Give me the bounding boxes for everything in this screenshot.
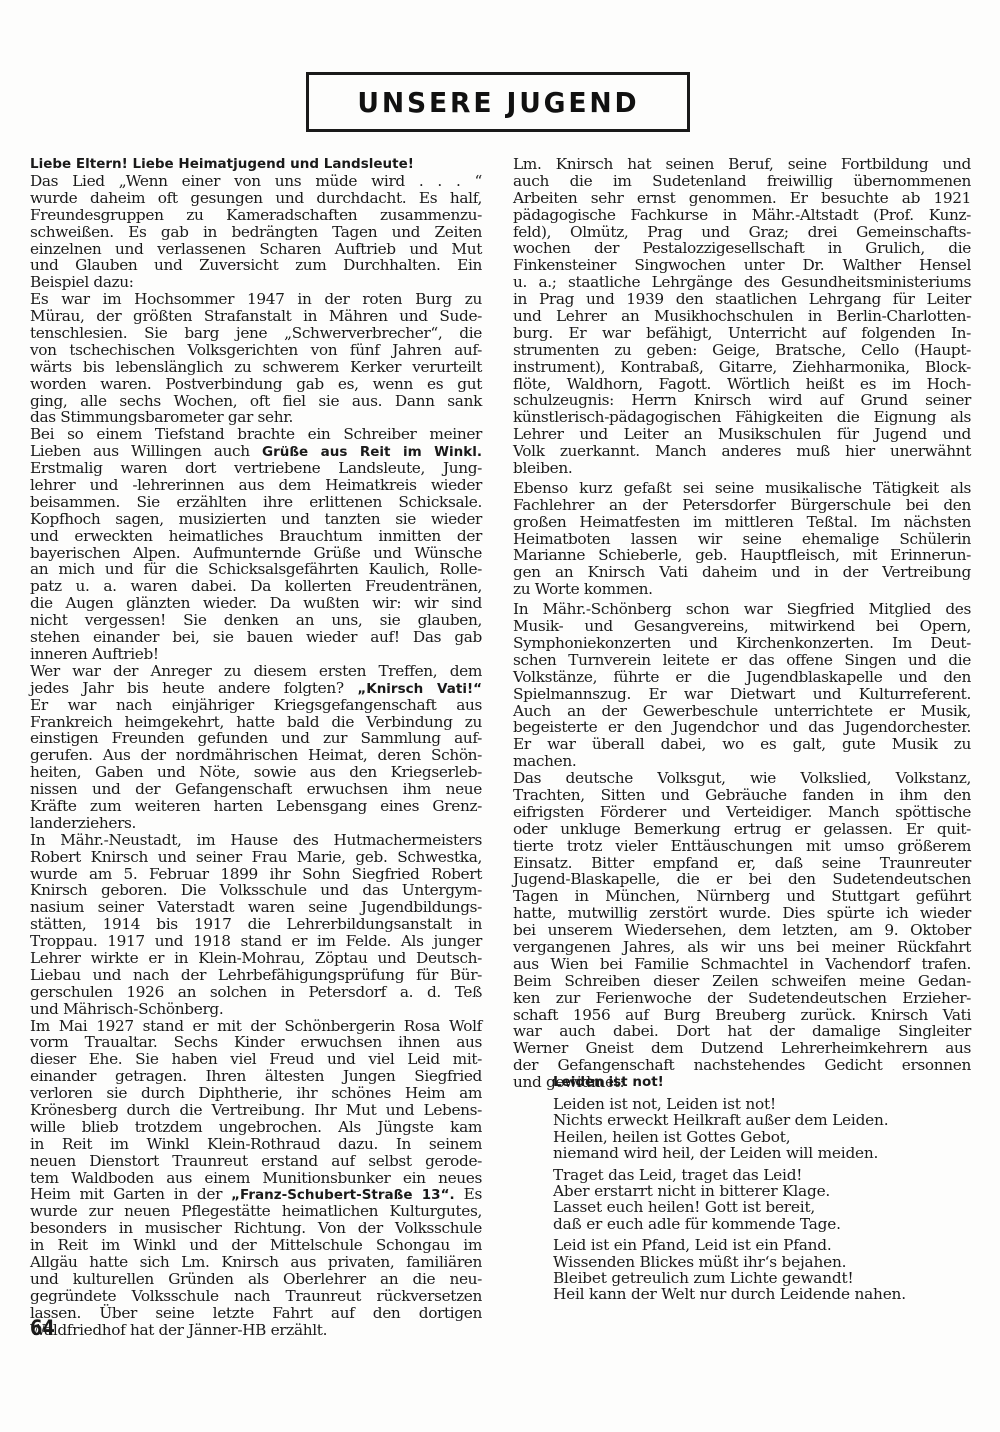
- poem-line: Heilen, heilen ist Gottes Gebot,: [553, 1129, 906, 1145]
- right-column: Lm. Knirsch hat seinen Beruf, seine Fort…: [513, 156, 971, 1091]
- text-line: neuen Dienstort Traunreut erstand auf se…: [30, 1153, 482, 1170]
- text-line: stätten, 1914 bis 1917 die Lehrerbildung…: [30, 916, 482, 933]
- text-line: Arbeiten sehr ernst genommen. Er besucht…: [513, 190, 971, 207]
- poem-line: niemand wird heil, der Leiden will meide…: [553, 1145, 906, 1161]
- text-line: zu Worte kommen.: [513, 581, 971, 598]
- text-line: Freundesgruppen zu Kameradschaften zusam…: [30, 207, 482, 224]
- magazine-page: UNSERE JUGEND Liebe Eltern! Liebe Heimat…: [0, 0, 1000, 1432]
- text-line: künstlerisch-pädagogischen Fähigkeiten d…: [513, 409, 971, 426]
- text-line: einstigen Freunden gefunden und zur Samm…: [30, 730, 482, 747]
- bold-phrase-strasse: „Franz-Schubert-Straße 13“.: [231, 1187, 454, 1203]
- poem-line: Wissenden Blickes müßt ihr‘s bejahen.: [553, 1254, 906, 1270]
- text-line: begeisterte er den Jugendchor und das Ju…: [513, 719, 971, 736]
- poem-line: Aber erstarrt nicht in bitterer Klage.: [553, 1183, 906, 1199]
- text-line: wurde daheim oft gesungen und durchdacht…: [30, 190, 482, 207]
- text-line: Lm. Knirsch hat seinen Beruf, seine Fort…: [513, 156, 971, 173]
- text-line: Das deutsche Volksgut, wie Volkslied, Vo…: [513, 770, 971, 787]
- text-line: wurde zur neuen Pflegestätte heimatliche…: [30, 1203, 482, 1220]
- text-line: Symphoniekonzerten und Kirchenkonzerten.…: [513, 635, 971, 652]
- text-line: in Reit im Winkl und der Mittelschule Sc…: [30, 1237, 482, 1254]
- text-line: Er war nach einjähriger Kriegsgefangensc…: [30, 697, 482, 714]
- text-line: gerschulen 1926 an solchen in Petersdorf…: [30, 984, 482, 1001]
- text-line: nicht vergessen! Sie denken an uns, sie …: [30, 612, 482, 629]
- text-line: Beispiel dazu:: [30, 274, 482, 291]
- text-line: Auch an der Gewerbeschule unterrichtete …: [513, 703, 971, 720]
- poem-line: Traget das Leid, traget das Leid!: [553, 1167, 906, 1183]
- poem-title: Leiden ist not!: [553, 1074, 664, 1090]
- text-line: das Stimmungsbarometer gar sehr.: [30, 409, 482, 426]
- text-line: Wer war der Anreger zu diesem ersten Tre…: [30, 663, 482, 680]
- text-line: Das Lied „Wenn einer von uns müde wird .…: [30, 173, 482, 190]
- poem-stanza: Traget das Leid, traget das Leid! Aber e…: [553, 1167, 906, 1233]
- text-line: gen an Knirsch Vati daheim und in der Ve…: [513, 564, 971, 581]
- text-line: Kräfte zum weiteren harten Lebensgang ei…: [30, 798, 482, 815]
- text-line: tierte trotz vieler Enttäuschungen mit u…: [513, 838, 971, 855]
- text-line: Trachten, Sitten und Gebräuche fanden in…: [513, 787, 971, 804]
- bold-phrase-gruesse: Grüße aus Reit im Winkl.: [262, 444, 482, 460]
- text-line: Lehrer wirkte er in Klein-Mohrau, Zöptau…: [30, 950, 482, 967]
- text-line: und erweckten heimatliches Brauchtum inm…: [30, 528, 482, 545]
- poem-line: Nichts erweckt Heilkraft außer dem Leide…: [553, 1112, 906, 1128]
- poem-line: Lasset euch heilen! Gott ist bereit,: [553, 1199, 906, 1215]
- text-line-with-bold: jedes Jahr bis heute andere folgten? „Kn…: [30, 680, 482, 697]
- text-line: bleiben.: [513, 460, 971, 477]
- text-line: Ebenso kurz gefaßt sei seine musikalisch…: [513, 480, 971, 497]
- text-line: verloren sie durch Diphtherie, ihr schön…: [30, 1085, 482, 1102]
- text-line: wille blieb trotzdem ungebrochen. Als Jü…: [30, 1119, 482, 1136]
- text-line: eifrigsten Förderer und Verteidiger. Man…: [513, 804, 971, 821]
- text-line: Allgäu hatte sich Lm. Knirsch aus privat…: [30, 1254, 482, 1271]
- text-run: Es: [455, 1185, 482, 1203]
- text-line: war auch dabei. Dort hat der damalige Si…: [513, 1023, 971, 1040]
- text-line: Finkensteiner Singwochen unter Dr. Walth…: [513, 257, 971, 274]
- text-line: feld), Olmütz, Prag und Graz; drei Gemei…: [513, 224, 971, 241]
- text-line: wärts bis lebenslänglich zu schwerem Ker…: [30, 359, 482, 376]
- left-column: Liebe Eltern! Liebe Heimatjugend und Lan…: [30, 156, 482, 1338]
- text-line: Volk zuerkannt. Manch anderes muß hier u…: [513, 443, 971, 460]
- text-line: vergangenen Jahres, als wir uns bei mein…: [513, 939, 971, 956]
- text-line: Heimatboten lassen wir seine ehemalige S…: [513, 531, 971, 548]
- text-line: Krönesberg durch die Vertreibung. Ihr Mu…: [30, 1102, 482, 1119]
- text-line: Mürau, der größten Strafanstalt in Mähre…: [30, 308, 482, 325]
- poem-line: Leid ist ein Pfand, Leid ist ein Pfand.: [553, 1237, 906, 1253]
- text-line: Einsatz. Bitter empfand er, daß seine Tr…: [513, 855, 971, 872]
- text-line: schweißen. Es gab in bedrängten Tagen un…: [30, 224, 482, 241]
- text-run: Lieben aus Willingen auch: [30, 442, 262, 460]
- text-line: pädagogische Fachkurse in Mähr.-Altstadt…: [513, 207, 971, 224]
- text-run: jedes Jahr bis heute andere folgten?: [30, 679, 357, 697]
- text-line: von tschechischen Volksgerichten von fün…: [30, 342, 482, 359]
- text-line: hatte, mutwillig zerstört wurde. Dies sp…: [513, 905, 971, 922]
- text-line: wochen der Pestalozzigesellschaft in Gru…: [513, 240, 971, 257]
- text-line: schen Turnverein leitete er das offene S…: [513, 652, 971, 669]
- text-line: Erstmalig waren dort vertriebene Landsle…: [30, 460, 482, 477]
- text-line: lehrer und -lehrerinnen aus dem Heimatkr…: [30, 477, 482, 494]
- section-title: UNSERE JUGEND: [357, 86, 639, 119]
- text-line: Werner Gneist dem Dutzend Lehrerheimkehr…: [513, 1040, 971, 1057]
- text-line: einzelnen und verlassenen Scharen Auftri…: [30, 241, 482, 258]
- text-line: machen.: [513, 753, 971, 770]
- text-line: heiten, Gaben und Nöte, sowie aus den Kr…: [30, 764, 482, 781]
- text-line: In Mähr.-Neustadt, im Hause des Hutmache…: [30, 832, 482, 849]
- poem-line: Leiden ist not, Leiden ist not!: [553, 1096, 906, 1112]
- text-line: ging, alle sechs Wochen, oft fiel sie au…: [30, 393, 482, 410]
- text-line: Musik- und Gesangvereins, mitwirkend bei…: [513, 618, 971, 635]
- text-line: einander getragen. Ihren ältesten Jungen…: [30, 1068, 482, 1085]
- text-line: Liebau und nach der Lehrbefähigungsprüfu…: [30, 967, 482, 984]
- text-line: Lehrer und Leiter an Musikschulen für Ju…: [513, 426, 971, 443]
- text-line: gegründete Volksschule nach Traunreut rü…: [30, 1288, 482, 1305]
- text-line: gerufen. Aus der nordmährischen Heimat, …: [30, 747, 482, 764]
- page-number: 64: [30, 1316, 55, 1340]
- poem-stanza: Leiden ist not, Leiden ist not! Nichts e…: [553, 1096, 906, 1162]
- text-line: landerziehers.: [30, 815, 482, 832]
- text-line: oder unkluge Bemerkung ertrug er gelasse…: [513, 821, 971, 838]
- text-line-with-bold: Lieben aus Willingen auch Grüße aus Reit…: [30, 443, 482, 460]
- section-title-box: UNSERE JUGEND: [306, 72, 690, 132]
- text-line: an mich und für die Schicksalsgefährten …: [30, 561, 482, 578]
- text-line: stehen einander bei, sie bauen wieder au…: [30, 629, 482, 646]
- text-line: schaft 1956 auf Burg Breuberg zurück. Kn…: [513, 1007, 971, 1024]
- text-line: wurde am 5. Februar 1899 ihr Sohn Siegfr…: [30, 866, 482, 883]
- text-line: Marianne Schieberle, geb. Hauptfleisch, …: [513, 547, 971, 564]
- text-line: beisammen. Sie erzählten ihre erlittenen…: [30, 494, 482, 511]
- text-line: Tagen in München, Nürnberg und Stuttgart…: [513, 888, 971, 905]
- text-run: Heim mit Garten in der: [30, 1185, 231, 1203]
- text-line: Robert Knirsch und seiner Frau Marie, ge…: [30, 849, 482, 866]
- poem: Leiden ist not, Leiden ist not! Nichts e…: [553, 1096, 906, 1308]
- text-line: Frankreich heimgekehrt, hatte bald die V…: [30, 714, 482, 731]
- text-line: tem Waldboden aus einem Munitionsbunker …: [30, 1170, 482, 1187]
- salutation-heading: Liebe Eltern! Liebe Heimatjugend und Lan…: [30, 156, 482, 173]
- bold-phrase-knirsch-vati: „Knirsch Vati!“: [357, 681, 482, 697]
- text-line: lassen. Über seine letzte Fahrt auf den …: [30, 1305, 482, 1322]
- text-line: Beim Schreiben dieser Zeilen schweifen m…: [513, 973, 971, 990]
- text-line: Bei so einem Tiefstand brachte ein Schre…: [30, 426, 482, 443]
- text-line: In Mähr.-Schönberg schon war Siegfried M…: [513, 601, 971, 618]
- text-line: Troppau. 1917 und 1918 stand er im Felde…: [30, 933, 482, 950]
- text-line: Fachlehrer an der Petersdorfer Bürgersch…: [513, 497, 971, 514]
- text-line: besonders in musischer Richtung. Von der…: [30, 1220, 482, 1237]
- text-line: die Augen glänzten wieder. Da wußten wir…: [30, 595, 482, 612]
- text-line: Knirsch geboren. Die Volksschule und das…: [30, 882, 482, 899]
- text-line: und kulturellen Gründen als Oberlehrer a…: [30, 1271, 482, 1288]
- text-line: flöte, Waldhorn, Fagott. Wörtlich heißt …: [513, 376, 971, 393]
- text-line: nissen und der Gefangenschaft erwuchsen …: [30, 781, 482, 798]
- text-line: schulzeugnis: Herrn Knirsch wird auf Gru…: [513, 392, 971, 409]
- text-line: tenschlesien. Sie barg jene „Schwerverbr…: [30, 325, 482, 342]
- poem-line: Heil kann der Welt nur durch Leidende na…: [553, 1286, 906, 1302]
- text-line: Es war im Hochsommer 1947 in der roten B…: [30, 291, 482, 308]
- text-line: in Reit im Winkl Klein-Rothraud dazu. In…: [30, 1136, 482, 1153]
- text-line: und Lehrer an Musikhochschulen in Berlin…: [513, 308, 971, 325]
- text-line: Im Mai 1927 stand er mit der Schönberger…: [30, 1018, 482, 1035]
- text-line: und Glauben und Zuversicht zum Durchhalt…: [30, 257, 482, 274]
- text-line: u. a.; staatliche Lehrgänge des Gesundhe…: [513, 274, 971, 291]
- poem-line: daß er euch adle für kommende Tage.: [553, 1216, 906, 1232]
- text-line: bei unserem Wiedersehen, dem letzten, am…: [513, 922, 971, 939]
- text-line: in Prag und 1939 den staatlichen Lehrgan…: [513, 291, 971, 308]
- text-line: patz u. a. waren dabei. Da kollerten Fre…: [30, 578, 482, 595]
- text-line: strumenten zu geben: Geige, Bratsche, Ce…: [513, 342, 971, 359]
- text-line: dieser Ehe. Sie haben viel Freud und vie…: [30, 1051, 482, 1068]
- text-line: auch die im Sudetenland freiwillig übern…: [513, 173, 971, 190]
- text-line: inneren Auftrieb!: [30, 646, 482, 663]
- text-line: worden waren. Postverbindung gab es, wen…: [30, 376, 482, 393]
- text-line: Waldfriedhof hat der Jänner-HB erzählt.: [30, 1322, 482, 1339]
- poem-line: Bleibet getreulich zum Lichte gewandt!: [553, 1270, 906, 1286]
- poem-stanza: Leid ist ein Pfand, Leid ist ein Pfand. …: [553, 1237, 906, 1303]
- text-line: Er war überall dabei, wo es galt, gute M…: [513, 736, 971, 753]
- text-line: Jugend-Blaskapelle, die er bei den Sudet…: [513, 871, 971, 888]
- text-line: nasium seiner Vaterstadt waren seine Jug…: [30, 899, 482, 916]
- text-line-with-bold: Heim mit Garten in der „Franz-Schubert-S…: [30, 1186, 482, 1203]
- text-line: Kopfhoch sagen, musizierten und tanzten …: [30, 511, 482, 528]
- text-line: Volkstänze, führte er die Jugendblaskape…: [513, 669, 971, 686]
- text-line: bayerischen Alpen. Aufmunternde Grüße un…: [30, 545, 482, 562]
- text-line: burg. Er war befähigt, Unterricht auf fo…: [513, 325, 971, 342]
- text-line: vorm Traualtar. Sechs Kinder erwuchsen i…: [30, 1034, 482, 1051]
- text-line: großen Heimatfesten im mittleren Teßtal.…: [513, 514, 971, 531]
- text-line: ken zur Ferienwoche der Sudetendeutschen…: [513, 990, 971, 1007]
- text-line: instrument), Kontrabaß, Gitarre, Ziehhar…: [513, 359, 971, 376]
- text-line: und Mährisch-Schönberg.: [30, 1001, 482, 1018]
- text-line: Spielmannszug. Er war Dietwart und Kultu…: [513, 686, 971, 703]
- text-line: der Gefangenschaft nachstehendes Gedicht…: [513, 1057, 971, 1074]
- text-line: aus Wien bei Familie Schmachtel in Vache…: [513, 956, 971, 973]
